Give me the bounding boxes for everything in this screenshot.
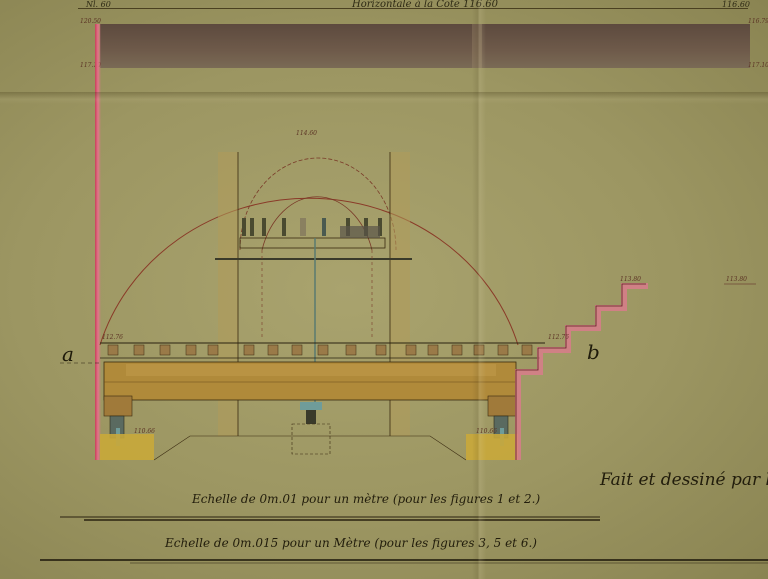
floor-cote-left: 112.76 xyxy=(102,334,123,341)
paper-fold-horizontal xyxy=(0,92,768,104)
section-letter-a: a xyxy=(62,342,74,366)
scale-label-1: Echelle de 0m.01 pour un mètre (pour les… xyxy=(192,492,540,506)
step-top-cote: 113.80 xyxy=(620,276,641,283)
outer-arch xyxy=(100,198,518,345)
arch-cote: 114.60 xyxy=(296,130,317,137)
upper-gear-rack xyxy=(240,218,385,248)
pier-cote-right: 110.66 xyxy=(476,428,497,435)
stepped-wall xyxy=(518,286,648,460)
pier-cote-left: 110.66 xyxy=(134,428,155,435)
floor-cote-right: 112.76 xyxy=(548,334,569,341)
deck-teeth xyxy=(108,345,532,355)
center-bracket xyxy=(300,402,322,410)
signature-text: Fait et dessiné par le xyxy=(600,470,768,490)
far-right-cote: 113.80 xyxy=(726,276,747,283)
inner-arch xyxy=(262,197,372,250)
foundation-outline xyxy=(154,436,466,460)
section-letter-b: b xyxy=(587,340,600,364)
scale-label-2: Echelle de 0m.015 pour un Mètre (pour le… xyxy=(165,536,537,550)
left-pier xyxy=(100,434,154,460)
